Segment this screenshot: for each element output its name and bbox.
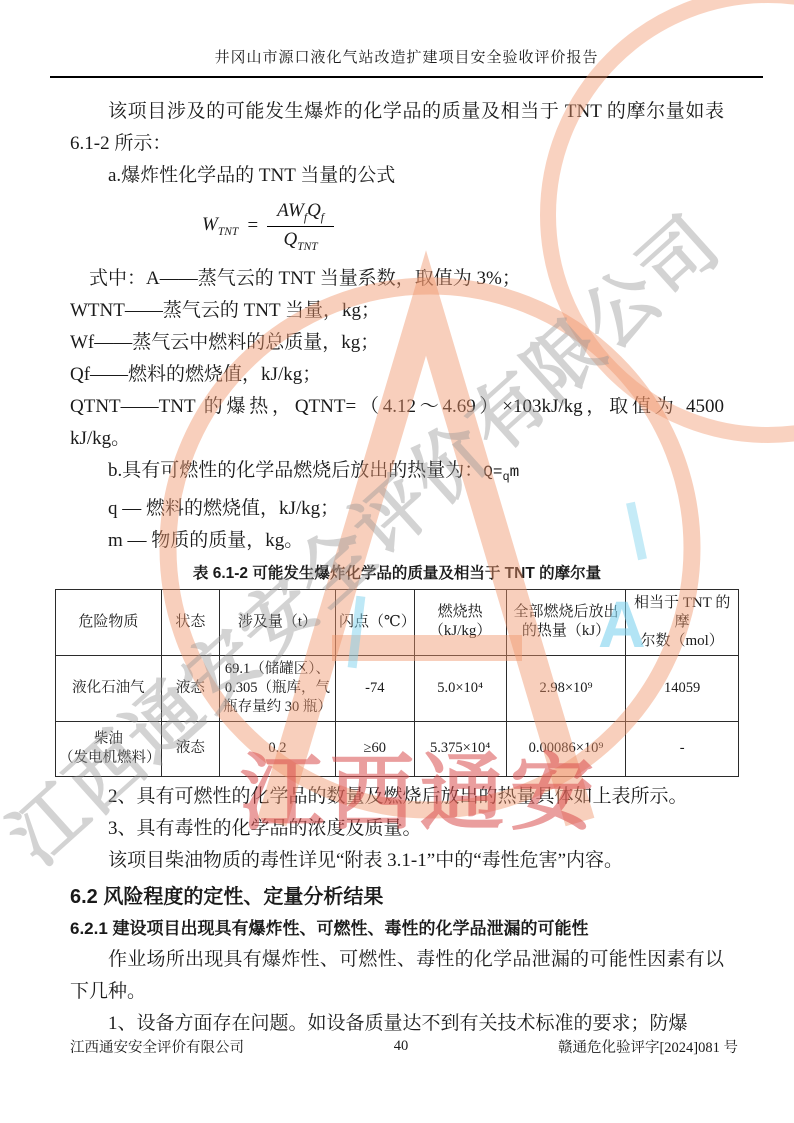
item-a-line: a.爆炸性化学品的 TNT 当量的公式 (70, 160, 724, 192)
definition-line: Qf——燃料的燃烧值，kJ/kg； (70, 359, 724, 391)
intro-paragraph: 该项目涉及的可能发生爆炸的化学品的质量及相当于 TNT 的摩尔量如表 6.1-2… (70, 96, 724, 160)
footer-doc-number: 赣通危化验评字[2024]081 号 (558, 1036, 738, 1057)
table-cell: 液态 (161, 721, 219, 776)
table-cell: 69.1（储罐区）、0.305（瓶库，气瓶存量约 30 瓶） (219, 655, 335, 721)
formula-numerator: AWfQf (267, 200, 334, 227)
table-cell: 5.0×10⁴ (414, 655, 506, 721)
formula-denominator: QTNT (267, 227, 334, 253)
document-body: 该项目涉及的可能发生爆炸的化学品的质量及相当于 TNT 的摩尔量如表 6.1-2… (0, 96, 794, 1040)
table-header-cell: 全部燃烧后放出 的热量（kJ） (506, 589, 626, 655)
formula-equals: = (246, 215, 259, 237)
list-item-2: 2、具有可燃性的化学品的数量及燃烧后放出的热量具体如上表所示。 (70, 781, 724, 813)
formula-fraction: AWfQf QTNT (267, 200, 334, 253)
table-header-cell: 状态 (161, 589, 219, 655)
section-heading-6-2-1: 6.2.1 建设项目出现具有爆炸性、可燃性、毒性的化学品泄漏的可能性 (70, 914, 724, 944)
table-title: 表 6.1-2 可能发生爆炸化学品的质量及相当于 TNT 的摩尔量 (70, 561, 724, 587)
definition-line: m — 物质的质量，kg。 (70, 525, 724, 557)
table-cell: 0.2 (219, 721, 335, 776)
table-row: 液化石油气 液态 69.1（储罐区）、0.305（瓶库，气瓶存量约 30 瓶） … (56, 655, 739, 721)
definition-line: WTNT——蒸气云的 TNT 当量，kg； (70, 295, 724, 327)
table-row: 柴油 （发电机燃料） 液态 0.2 ≥60 5.375×10⁴ 0.00086×… (56, 721, 739, 776)
body-paragraph: 作业场所出现具有爆炸性、可燃性、毒性的化学品泄漏的可能性因素有以下几种。 (70, 944, 724, 1008)
footer-page-number: 40 (244, 1038, 558, 1055)
definition-line: Wf——蒸气云中燃料的总质量，kg； (70, 327, 724, 359)
table-header-cell: 闪点（℃） (336, 589, 415, 655)
table-header-row: 危险物质 状态 涉及量（t） 闪点（℃） 燃烧热 （kJ/kg） 全部燃烧后放出… (56, 589, 739, 655)
table-cell: 2.98×10⁹ (506, 655, 626, 721)
table-header-cell: 相当于 TNT 的摩 尔数（mol） (626, 589, 739, 655)
definition-line: QTNT——TNT 的爆热，QTNT=（4.12～4.69）×103kJ/kg，… (70, 391, 724, 455)
table-cell: - (626, 721, 739, 776)
list-item-3: 3、具有毒性的化学品的浓度及质量。 (70, 813, 724, 845)
item-b-line: b.具有可燃性的化学品燃烧后放出的热量为：Q=qm (70, 455, 724, 493)
page-footer: 江西通安安全评价有限公司 40 赣通危化验评字[2024]081 号 (70, 1036, 738, 1057)
tnt-equivalent-formula: WTNT = AWfQf QTNT (202, 200, 724, 253)
table-cell: ≥60 (336, 721, 415, 776)
table-cell: 14059 (626, 655, 739, 721)
table-cell: 0.00086×10⁹ (506, 721, 626, 776)
heat-formula: Q=qm (483, 463, 519, 481)
table-cell: -74 (336, 655, 415, 721)
document-page: 井冈山市源口液化气站改造扩建项目安全验收评价报告 该项目涉及的可能发生爆炸的化学… (0, 0, 794, 1123)
table-cell: 5.375×10⁴ (414, 721, 506, 776)
section-heading-6-2: 6.2 风险程度的定性、定量分析结果 (70, 880, 724, 914)
page-header-title: 井冈山市源口液化气站改造扩建项目安全验收评价报告 (50, 46, 763, 78)
body-paragraph: 1、设备方面存在问题。如设备质量达不到有关技术标准的要求；防爆 (70, 1008, 724, 1040)
table-cell: 柴油 （发电机燃料） (56, 721, 162, 776)
table-header-cell: 危险物质 (56, 589, 162, 655)
table-header-cell: 涉及量（t） (219, 589, 335, 655)
table-header-cell: 燃烧热 （kJ/kg） (414, 589, 506, 655)
definition-line: 式中：A——蒸气云的 TNT 当量系数，取值为 3%； (70, 263, 724, 295)
table-cell: 液化石油气 (56, 655, 162, 721)
formula-lhs: WTNT (202, 214, 238, 238)
toxicity-note: 该项目柴油物质的毒性详见“附表 3.1-1”中的“毒性危害”内容。 (70, 845, 724, 877)
footer-company: 江西通安安全评价有限公司 (70, 1036, 244, 1057)
definition-line: q — 燃料的燃烧值，kJ/kg； (70, 493, 724, 525)
chemicals-table: 危险物质 状态 涉及量（t） 闪点（℃） 燃烧热 （kJ/kg） 全部燃烧后放出… (55, 589, 739, 777)
table-cell: 液态 (161, 655, 219, 721)
